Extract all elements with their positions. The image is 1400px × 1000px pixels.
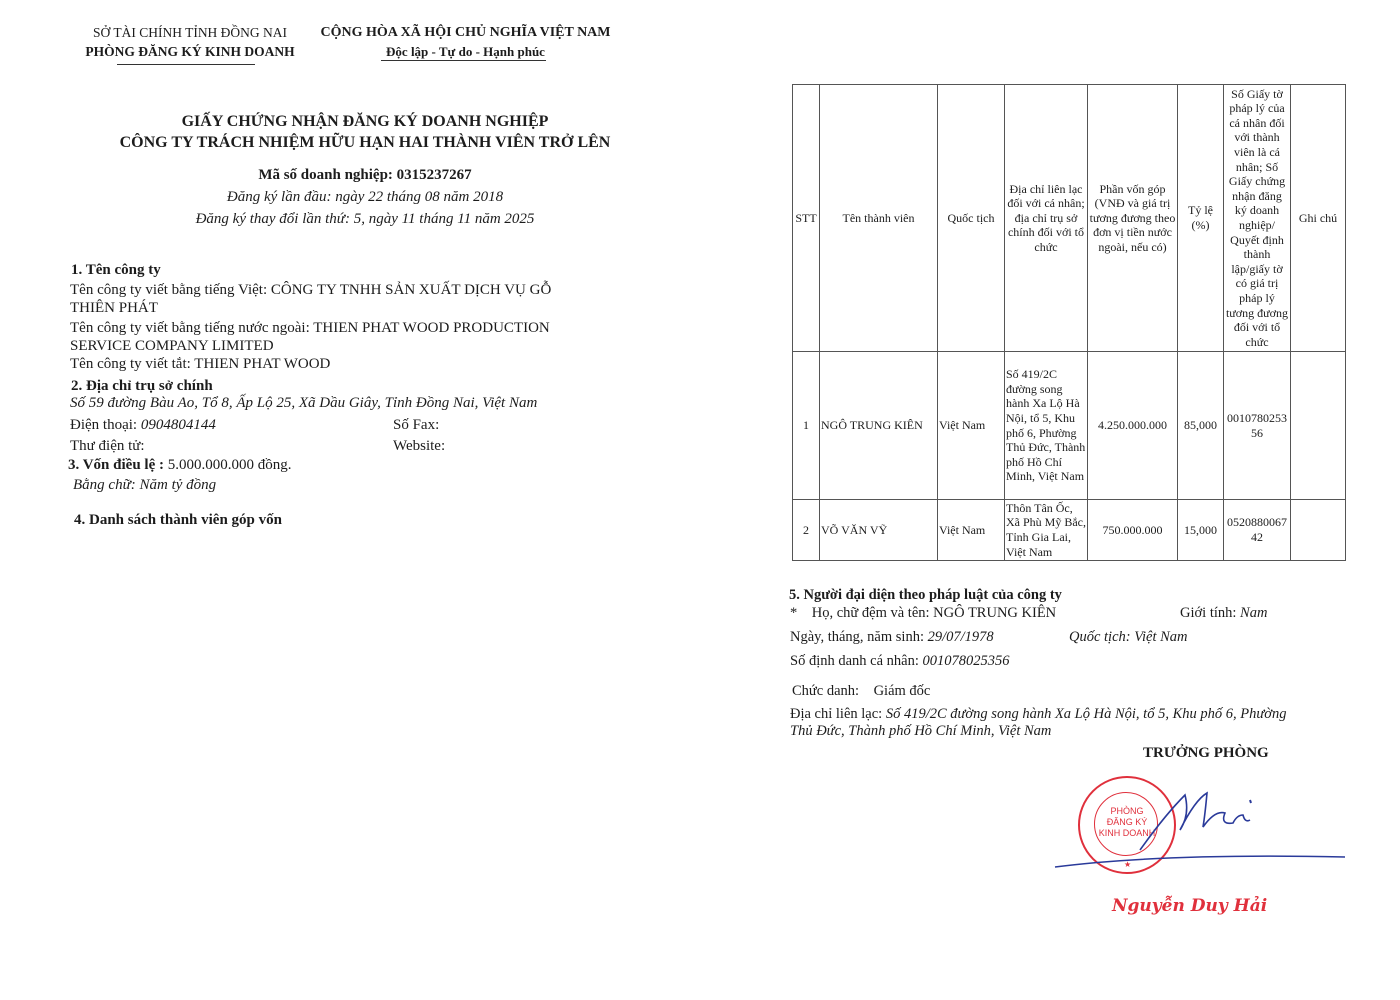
national-motto: CỘNG HÒA XÃ HỘI CHỦ NGHĨA VIỆT NAM Độc l… bbox=[318, 23, 613, 61]
signer-position: TRƯỞNG PHÒNG bbox=[1143, 745, 1269, 762]
rep-dob-label: Ngày, tháng, năm sinh: bbox=[790, 629, 928, 645]
cell-capital: 4.250.000.000 bbox=[1088, 352, 1178, 500]
republic-line2: Độc lập - Tự do - Hạnh phúc bbox=[318, 42, 613, 61]
rep-gender-value: Nam bbox=[1240, 605, 1267, 621]
signer-name: Nguyễn Duy Hải bbox=[1112, 896, 1267, 916]
republic-line1: CỘNG HÒA XÃ HỘI CHỦ NGHĨA VIỆT NAM bbox=[318, 23, 613, 42]
rep-gender-label: Giới tính: bbox=[1180, 605, 1240, 621]
cell-note bbox=[1291, 352, 1346, 500]
table-header-row: STT Tên thành viên Quốc tịch Địa chỉ liê… bbox=[793, 85, 1346, 352]
rep-address-row: Địa chỉ liên lạc: Số 419/2C đường song h… bbox=[790, 705, 1287, 723]
company-short-name: Tên công ty viết tắt: THIEN PHAT WOOD bbox=[70, 355, 330, 373]
cell-address: Số 419/2C đường song hành Xa Lộ Hà Nội, … bbox=[1005, 352, 1088, 500]
members-table: STT Tên thành viên Quốc tịch Địa chỉ liê… bbox=[792, 84, 1346, 561]
cell-address: Thôn Tân Ốc, Xã Phù Mỹ Bắc, Tỉnh Gia Lai… bbox=[1005, 500, 1088, 561]
rep-dob-value: 29/07/1978 bbox=[928, 629, 994, 645]
rep-gender-row: Giới tính: Nam bbox=[1180, 604, 1267, 622]
phone-row: Điện thoại: 0904804144 bbox=[70, 416, 216, 434]
rep-id-label: Số định danh cá nhân: bbox=[790, 653, 923, 669]
email-label: Thư điện tử: bbox=[70, 437, 145, 455]
motto-underline bbox=[381, 60, 546, 61]
rep-address-line1: Số 419/2C đường song hành Xa Lộ Hà Nội, … bbox=[886, 706, 1287, 722]
col-address: Địa chỉ liên lạc đối với cá nhân; địa ch… bbox=[1005, 85, 1088, 352]
col-note: Ghi chú bbox=[1291, 85, 1346, 352]
company-type: CÔNG TY TRÁCH NHIỆM HỮU HẠN HAI THÀNH VI… bbox=[100, 132, 630, 154]
rep-name-value: NGÔ TRUNG KIÊN bbox=[933, 605, 1056, 621]
rep-address-label: Địa chỉ liên lạc: bbox=[790, 706, 886, 722]
rep-name-row: * Họ, chữ đệm và tên: NGÔ TRUNG KIÊN bbox=[790, 604, 1056, 622]
rep-title-value: Giám đốc bbox=[874, 683, 931, 699]
section1-heading: 1. Tên công ty bbox=[71, 261, 161, 279]
cell-capital: 750.000.000 bbox=[1088, 500, 1178, 561]
cell-legal-doc: 052088006742 bbox=[1224, 500, 1291, 561]
enterprise-code: Mã số doanh nghiệp: 0315237267 bbox=[100, 164, 630, 186]
headquarters-address: Số 59 đường Bàu Ao, Tổ 8, Ấp Lộ 25, Xã D… bbox=[70, 394, 537, 412]
rep-dob-row: Ngày, tháng, năm sinh: 29/07/1978 bbox=[790, 628, 994, 646]
cell-note bbox=[1291, 500, 1346, 561]
section2-heading: 2. Địa chỉ trụ sở chính bbox=[71, 377, 213, 395]
company-name-foreign-line1: Tên công ty viết bằng tiếng nước ngoài: … bbox=[70, 319, 550, 337]
rep-address-line2: Thủ Đức, Thành phố Hồ Chí Minh, Việt Nam bbox=[790, 722, 1051, 740]
phone-label: Điện thoại: bbox=[70, 417, 141, 433]
col-member-name: Tên thành viên bbox=[820, 85, 938, 352]
cell-name: VÕ VĂN VỸ bbox=[820, 500, 938, 561]
issuing-agency: SỞ TÀI CHÍNH TỈNH ĐỒNG NAI PHÒNG ĐĂNG KÝ… bbox=[70, 23, 310, 61]
first-registration: Đăng ký lần đầu: ngày 22 tháng 08 năm 20… bbox=[100, 186, 630, 208]
cell-nationality: Việt Nam bbox=[938, 352, 1005, 500]
certificate-title: GIẤY CHỨNG NHẬN ĐĂNG KÝ DOANH NGHIỆP bbox=[100, 112, 630, 132]
col-ratio: Tỷ lệ (%) bbox=[1178, 85, 1224, 352]
agency-underline bbox=[117, 64, 255, 65]
charter-capital-words: Bằng chữ: Năm tỷ đồng bbox=[73, 476, 216, 494]
rep-name-label: * Họ, chữ đệm và tên: bbox=[790, 605, 933, 621]
col-nationality: Quốc tịch bbox=[938, 85, 1005, 352]
rep-title-label: Chức danh: bbox=[792, 683, 874, 699]
cell-name: NGÔ TRUNG KIÊN bbox=[820, 352, 938, 500]
cell-nationality: Việt Nam bbox=[938, 500, 1005, 561]
company-name-foreign-line2: SERVICE COMPANY LIMITED bbox=[70, 337, 274, 355]
cell-stt: 2 bbox=[793, 500, 820, 561]
certificate-title-block: GIẤY CHỨNG NHẬN ĐĂNG KÝ DOANH NGHIỆP CÔN… bbox=[100, 112, 630, 230]
section5-heading: 5. Người đại diện theo pháp luật của côn… bbox=[789, 586, 1062, 604]
company-name-vn-line2: THIÊN PHÁT bbox=[70, 299, 158, 317]
agency-line2: PHÒNG ĐĂNG KÝ KINH DOANH bbox=[70, 42, 310, 61]
col-capital: Phần vốn góp (VNĐ và giá trị tương đương… bbox=[1088, 85, 1178, 352]
website-label: Website: bbox=[393, 437, 445, 455]
section3-heading: 3. Vốn điều lệ : bbox=[68, 457, 168, 473]
cell-stt: 1 bbox=[793, 352, 820, 500]
rep-nationality: Quốc tịch: Việt Nam bbox=[1069, 628, 1188, 646]
rep-id-row: Số định danh cá nhân: 001078025356 bbox=[790, 652, 1010, 670]
rep-title-row: Chức danh: Giám đốc bbox=[792, 682, 930, 700]
charter-capital-value: 5.000.000.000 đồng. bbox=[168, 457, 292, 473]
table-row: 2 VÕ VĂN VỸ Việt Nam Thôn Tân Ốc, Xã Phù… bbox=[793, 500, 1346, 561]
agency-line1: SỞ TÀI CHÍNH TỈNH ĐỒNG NAI bbox=[70, 23, 310, 42]
fax-label: Số Fax: bbox=[393, 416, 439, 434]
col-stt: STT bbox=[793, 85, 820, 352]
cell-legal-doc: 001078025356 bbox=[1224, 352, 1291, 500]
rep-id-value: 001078025356 bbox=[923, 653, 1010, 669]
table-row: 1 NGÔ TRUNG KIÊN Việt Nam Số 419/2C đườn… bbox=[793, 352, 1346, 500]
cell-ratio: 15,000 bbox=[1178, 500, 1224, 561]
amendment-registration: Đăng ký thay đổi lần thứ: 5, ngày 11 thá… bbox=[100, 208, 630, 230]
company-name-vn-line1: Tên công ty viết bằng tiếng Việt: CÔNG T… bbox=[70, 281, 551, 299]
section4-heading: 4. Danh sách thành viên góp vốn bbox=[74, 511, 282, 529]
handwritten-signature bbox=[1045, 775, 1355, 870]
charter-capital-row: 3. Vốn điều lệ : 5.000.000.000 đồng. bbox=[68, 456, 291, 474]
cell-ratio: 85,000 bbox=[1178, 352, 1224, 500]
phone-value: 0904804144 bbox=[141, 417, 216, 433]
col-legal-doc: Số Giấy tờ pháp lý của cá nhân đối với t… bbox=[1224, 85, 1291, 352]
